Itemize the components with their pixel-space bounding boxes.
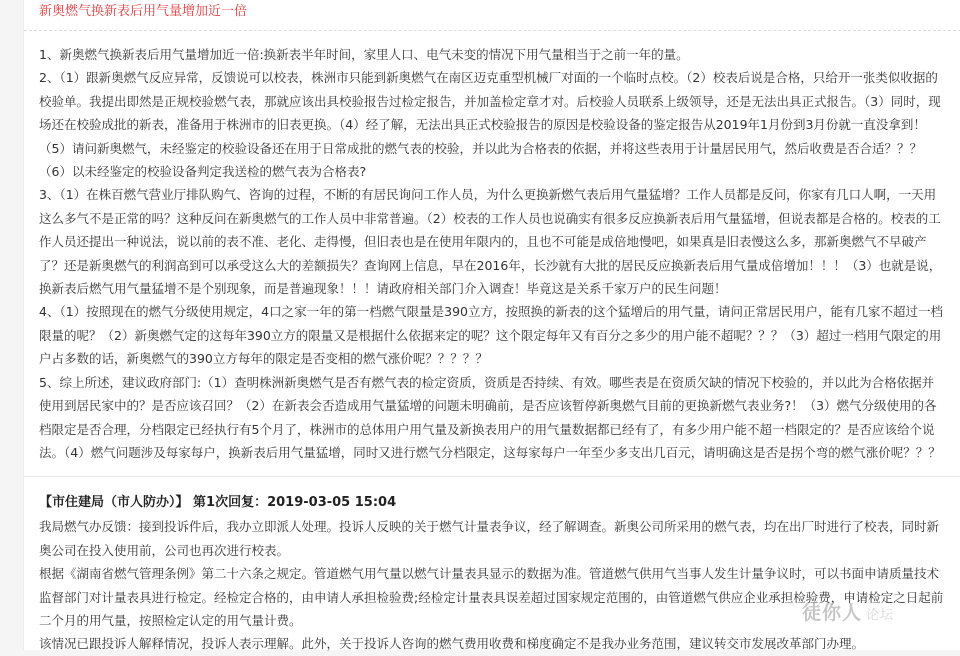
reply-paragraph-3: 该情况已跟投诉人解释情况，投诉人表示理解。此外，关于投诉人咨询的燃气费用收费和梯… <box>39 632 946 650</box>
complaint-content: 1、新奥燃气换新表后用气量增加近一倍:换新表半年时间，家里人口、电气未变的情况下… <box>24 31 960 464</box>
post-title: 新奥燃气换新表后用气量增加近一倍 <box>24 0 960 31</box>
complaint-paragraph-4: 4、（1）按照现在的燃气分级使用规定，4口之家一年的第一档燃气限量是390立方，… <box>39 300 946 370</box>
reply-header: 【市住建局（市人防办）】 第1次回复：2019-03-05 15:04 <box>39 491 946 515</box>
watermark-sub: 论坛 <box>866 608 894 623</box>
watermark-text: 徒你人 <box>802 602 862 624</box>
post-card: 新奥燃气换新表后用气量增加近一倍 1、新奥燃气换新表后用气量增加近一倍:换新表半… <box>23 0 960 650</box>
complaint-paragraph-5: 5、综上所述，建议政府部门:（1）查明株洲新奥燃气是否有燃气表的检定资质，资质是… <box>39 371 946 465</box>
site-watermark: 徒你人论坛 <box>802 598 894 625</box>
reply-paragraph-1: 我局燃气办反馈：接到投诉件后，我办立即派人处理。投诉人反映的关于燃气计量表争议，… <box>39 515 946 562</box>
complaint-paragraph-3: 3、（1）在株百燃气营业厅排队购气、咨询的过程，不断的有居民询问工作人员，为什么… <box>39 183 946 300</box>
complaint-paragraph-2: 2、（1）跟新奥燃气反应异常，反馈说可以校表，株洲市只能到新奥燃气在南区迈克重型… <box>39 66 946 183</box>
reply-body: 我局燃气办反馈：接到投诉件后，我办立即派人处理。投诉人反映的关于燃气计量表争议，… <box>39 515 946 650</box>
complaint-paragraph-1: 1、新奥燃气换新表后用气量增加近一倍:换新表半年时间，家里人口、电气未变的情况下… <box>39 43 946 66</box>
